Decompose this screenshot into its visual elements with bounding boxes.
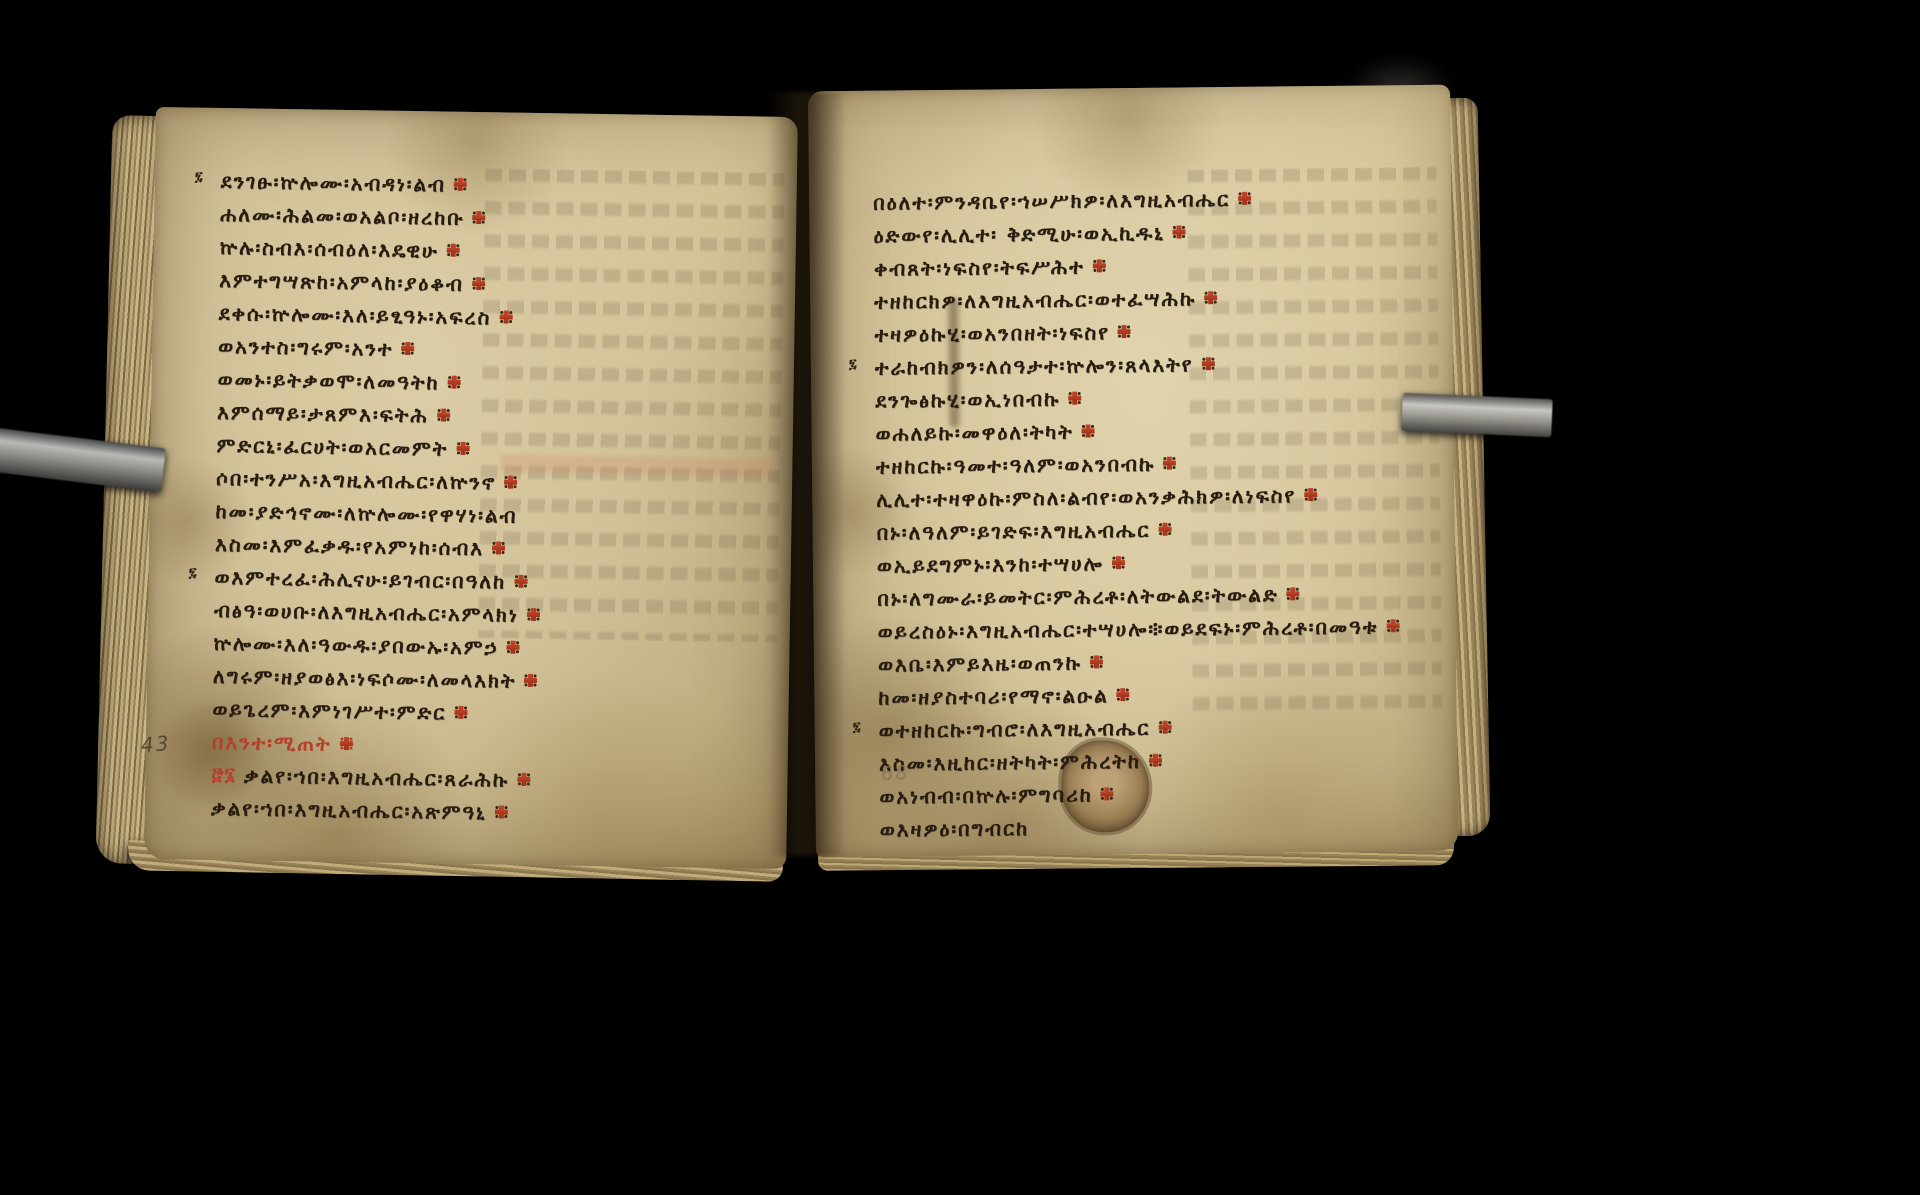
geez-text: ተዘከርኩ፡ዓመተ፡ዓለም፡ወአንበብኩ [876,451,1156,478]
geez-text: ደቀሱ፡ኵሎሙ፡እለ፡ይፂዓኑ፡አፍረስ [219,301,492,329]
cross-end-mark-icon [472,277,485,290]
manuscript-photo-scene: ፯ደንገፁ፡ኵሎሙ፡አብዳነ፡ልብሐለሙ፡ሕልመ፡ወአልቦ፡ዘረከቡኵሉ፡ስብእ… [0,0,1920,1195]
geez-text: ለግሩም፡ዘያወፅእ፡ነፍሶሙ፡ለመላእክት [213,663,517,692]
left-text-column: ፯ደንገፁ፡ኵሎሙ፡አብዳነ፡ልብሐለሙ፡ሕልመ፡ወአልቦ፡ዘረከቡኵሉ፡ስብእ… [189,164,759,833]
geez-text: ወተዘከርኩ፡ግብሮ፡ለእግዚአብሔር [879,715,1151,742]
cross-end-mark-icon [517,773,530,786]
verse-marker: ፯ [849,357,857,372]
geez-text: ወአነብብ፡በኵሉ፡ምግባሪከ [879,782,1093,808]
geez-text: በኑ፡ለግሙራ፡ይመትር፡ምሕረቶ፡ለትውልደ፡ትውልድ [877,582,1279,610]
cross-end-mark-icon [1158,523,1171,536]
geez-text: ሐለሙ፡ሕልመ፡ወአልቦ፡ዘረከቡ [220,202,465,230]
geez-text: እስመ፡እምፈቃዱ፡የአምነከ፡ሰብእ [215,531,484,559]
cross-end-mark-icon [1068,392,1081,405]
geez-text: ወይጌረም፡እምነገሥተ፡ምድር [212,696,446,724]
cross-end-mark-icon [504,476,517,489]
cross-end-mark-icon [1117,688,1130,701]
cross-end-mark-icon [1204,291,1217,304]
cross-end-mark-icon [456,442,469,455]
psalm-number-red: ፸፮ [211,764,236,785]
cross-end-mark-icon [447,376,460,389]
geez-text: በእንተ፡ሚጠት [212,729,332,755]
geez-text: ደንገፁ፡ኵሎሙ፡አብዳነ፡ልብ [221,169,447,197]
geez-text: ተዘከርክዎ፡ለእግዚአብሔር፡ወተፈሣሕኩ [874,286,1196,313]
geez-text: እስመ፡እዚከር፡ዘትካት፡ምሕረትከ [879,748,1141,775]
geez-text: ቃልየ፡ኀበ፡እግዚአብሔር፡አጽምዓኒ [211,795,487,823]
cross-end-mark-icon [1287,587,1300,600]
geez-text: ደንጐፅኩሂ፡ወኢነበብኩ [875,386,1060,412]
geez-text: ሊሊተ፡ተዛዋዕኩ፡ምስለ፡ልብየ፡ወአንቃሕክዎ፡ለነፍስየ [876,483,1296,511]
cross-end-mark-icon [1118,325,1131,338]
book-cradle-clamp-right [1401,393,1553,438]
cross-end-mark-icon [1238,192,1251,205]
cross-end-mark-icon [1082,424,1095,437]
cross-end-mark-icon [1101,787,1114,800]
cross-end-mark-icon [527,608,540,621]
geez-text: ዕድውየ፡ሊሊተ፡ ቅድሚሁ፡ወኢኪዱኒ [873,220,1165,247]
cross-end-mark-icon [492,541,505,554]
geez-text: ወእምተረፈ፡ሕሊናሁ፡ይገብር፡በዓለከ [214,564,506,593]
cross-end-mark-icon [473,211,486,224]
geez-text: ከመ፡ያድኅኖሙ፡ለኵሎሙ፡የዋሃነ፡ልብ [215,498,517,527]
verse-marker: ፯ [195,170,203,185]
cross-end-mark-icon [1158,721,1171,734]
verse-marker: ፯ [853,720,861,735]
geez-text: በኑ፡ለዓለም፡ይገድፍ፡እግዚአብሔር [877,517,1151,544]
geez-text: ምድርኒ፡ፈርሀት፡ወአርመምት [216,433,448,461]
cross-end-mark-icon [454,178,467,191]
geez-text: እምተግሣጽከ፡አምላከ፡ያዕቆብ [219,268,464,296]
verse-marker: ፯ [189,566,197,581]
geez-text: ወሐለይኩ፡መዋዕለ፡ትካት [875,419,1073,445]
geez-text: ኵሎሙ፡እለ፡ዓውዱ፡ያበውኡ፡አምኃ [213,630,498,658]
geez-text: ተራከብክዎን፡ለሰዓታተ፡ኵሎን፡ጸላእትየ [875,352,1194,379]
folio-number-pencil: 43 [140,731,171,757]
geez-text: ወእቤ፡እምይእዜ፡ወጠንኩ [878,650,1082,676]
left-page: ፯ደንገፁ፡ኵሎሙ፡አብዳነ፡ልብሐለሙ፡ሕልመ፡ወአልቦ፡ዘረከቡኵሉ፡ስብእ… [144,107,798,869]
cross-end-mark-icon [495,805,508,818]
cross-end-mark-icon [437,408,450,421]
cross-end-mark-icon [401,342,414,355]
cross-end-mark-icon [1093,259,1106,272]
cross-end-mark-icon [1304,488,1317,501]
right-page: በዕለተ፡ምንዳቤየ፡ኀሠሥክዎ፡ለእግዚአብሔርዕድውየ፡ሊሊተ፡ ቅድሚሁ፡… [808,85,1458,858]
cross-end-mark-icon [339,737,352,750]
geez-text: በዕለተ፡ምንዳቤየ፡ኀሠሥክዎ፡ለእግዚአብሔር [873,186,1230,214]
geez-text: እምሰማይ፡ታጸምእ፡ፍትሕ [217,400,429,427]
geez-text: ቀብጸት፡ነፍስየ፡ትፍሥሕተ [874,254,1085,280]
cross-end-mark-icon [514,575,527,588]
cross-end-mark-icon [1090,655,1103,668]
geez-text: ወእዛዎዕ፡በግብርከ [880,816,1030,842]
geez-text: ተዛዎዕኩሂ፡ወአንበዘት፡ነፍስየ [874,320,1110,346]
cross-end-mark-icon [507,641,520,654]
cross-end-mark-icon [454,706,467,719]
cross-end-mark-icon [1173,225,1186,238]
geez-text: ከመ፡ዘያስተባሪ፡የማኖ፡ልዑል [878,683,1109,709]
geez-text: ወመኑ፡ይትቃወሞ፡ለመዓትከ [218,367,440,394]
manuscript-text-line: ወእዛዎዕ፡በግብርከ [858,807,1438,846]
geez-text: ሶበ፡ተንሥአ፡እግዚአብሔር፡ለኵንኖ [216,465,496,493]
cross-end-mark-icon [1386,619,1399,632]
geez-text: ቃልየ፡ኀበ፡እግዚአብሔር፡ጸራሕኩ [244,763,510,791]
geez-text: ወኢይደግምኑ፡እንከ፡ተሣሀሎ [877,551,1104,577]
cross-end-mark-icon [1201,357,1214,370]
cross-end-mark-icon [1149,754,1162,767]
cross-end-mark-icon [447,244,460,257]
cross-end-mark-icon [1112,556,1125,569]
page-number-pencil: 68 [880,762,910,786]
geez-text: ብፅዓ፡ወሀቡ፡ለእግዚአብሔር፡አምላክነ [214,597,519,626]
geez-text: ወአንተስ፡ግሩም፡አንተ [218,334,393,361]
right-text-column: በዕለተ፡ምንዳቤየ፡ኀሠሥክዎ፡ለእግዚአብሔርዕድውየ፡ሊሊተ፡ ቅድሚሁ፡… [851,180,1438,846]
cross-end-mark-icon [524,674,537,687]
cross-end-mark-icon [1163,457,1176,470]
geez-text: ኵሉ፡ስብእ፡ሰብዕለ፡እዴዊሁ [220,235,439,262]
cross-end-mark-icon [499,310,512,323]
geez-text: ወይረስዕኑ፡እግዚአብሔር፡ተሣሀሎ፨ወይደፍኑ፡ምሕረቶ፡በመዓቱ [878,614,1379,643]
